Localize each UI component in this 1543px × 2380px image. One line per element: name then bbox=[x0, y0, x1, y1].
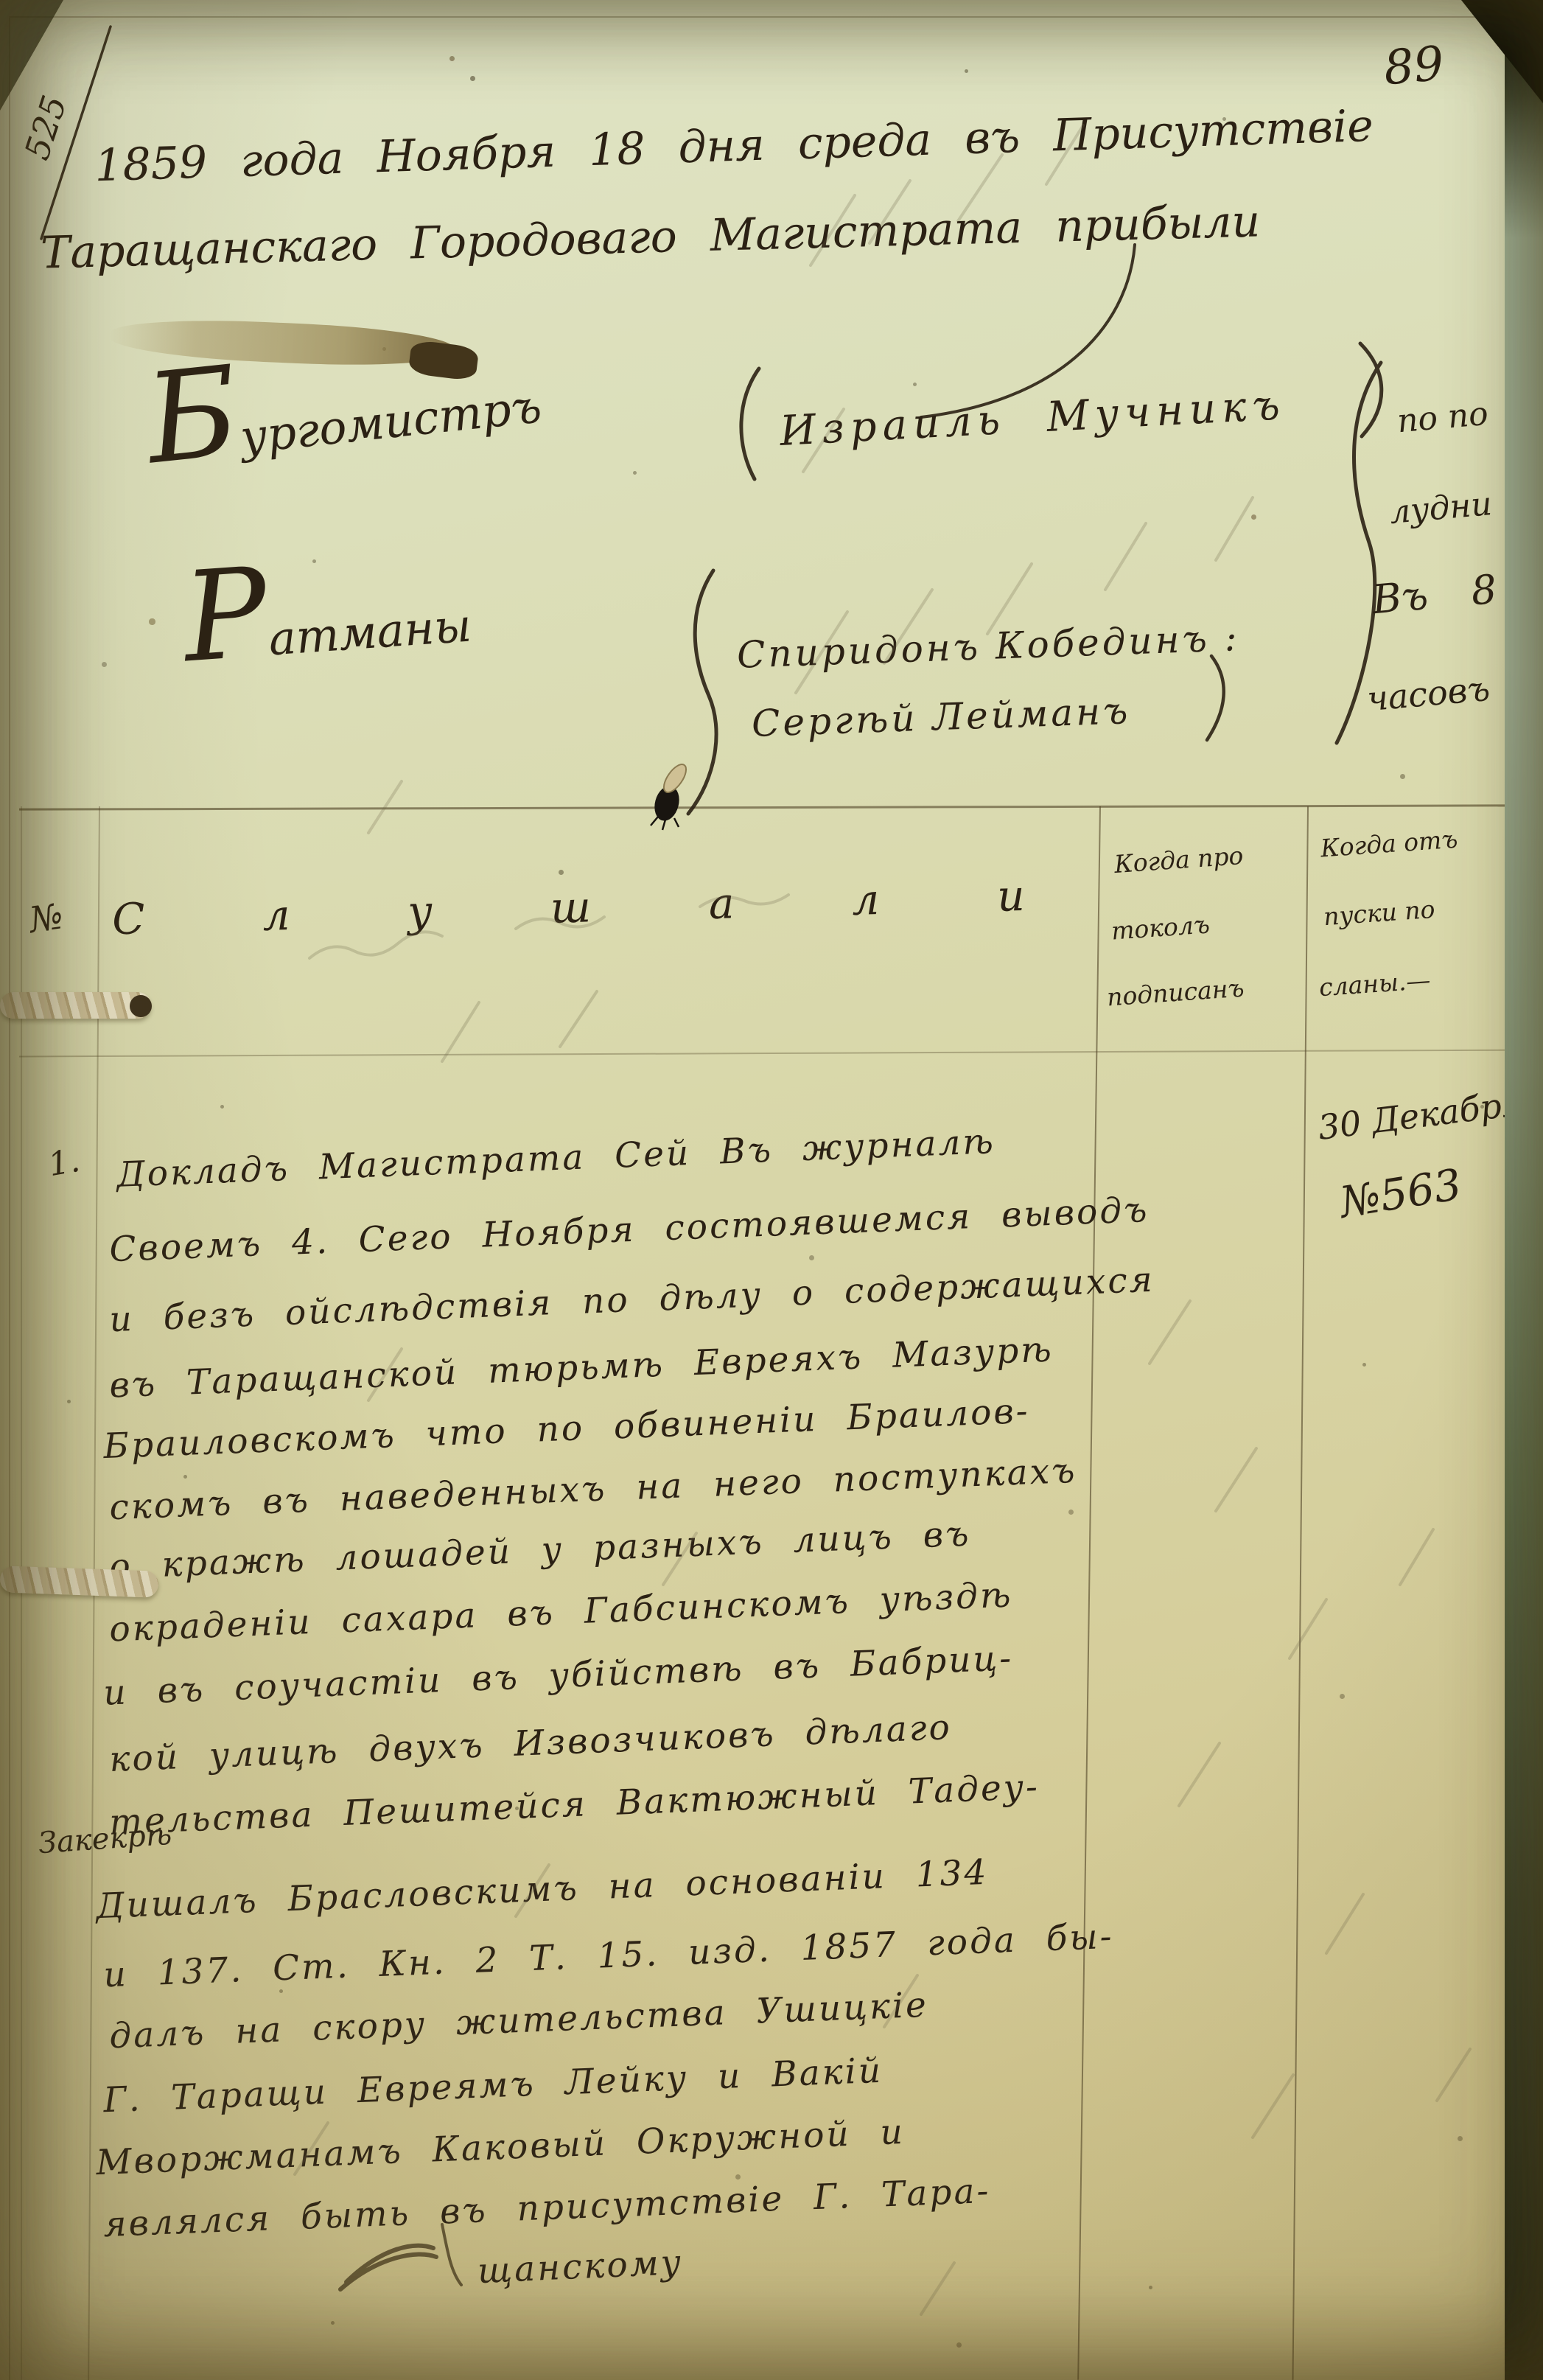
column-header-heard: Слушали bbox=[111, 871, 1143, 941]
folio-number: 89 bbox=[1382, 41, 1446, 93]
small-brace bbox=[1207, 656, 1224, 740]
resolution-number: №563 bbox=[1337, 1162, 1464, 1224]
fly-speck bbox=[651, 761, 690, 830]
binding-thread-1 bbox=[0, 992, 151, 1019]
binding-thread-2 bbox=[0, 1566, 159, 1597]
body-line: Докладъ Магистрата Сей Въ журналѣ bbox=[116, 1124, 996, 1193]
table-rule-left bbox=[21, 806, 22, 2380]
column-header-signed-line-1: Когда про bbox=[1113, 843, 1244, 876]
column-header-sent-line-2: пуски по bbox=[1323, 897, 1435, 929]
body-line: далъ на скору жительства Ушицкіе bbox=[109, 1988, 929, 2054]
bottom-scribble bbox=[340, 2246, 436, 2289]
column-header-number: № bbox=[27, 898, 66, 938]
session-time-line-3: Въ 8 bbox=[1371, 570, 1498, 621]
open-paren bbox=[741, 369, 759, 479]
session-time-line-1: по по bbox=[1396, 398, 1489, 439]
body-line: кой улицѣ двухъ Извозчиковъ дѣлаго bbox=[109, 1710, 953, 1777]
ratman-name-1: Спиридонъ Кобединъ : bbox=[736, 619, 1240, 674]
backdrop-right-edge bbox=[1505, 0, 1543, 2380]
body-line: Браиловскомъ что по обвиненіи Браилов- bbox=[103, 1394, 1031, 1464]
body-line: Мворжманамъ Каковый Окружной и bbox=[96, 2115, 906, 2180]
binding-thread-1-knot bbox=[130, 995, 152, 1017]
manuscript-page: 525 89 1859 года Ноября 18 дня среда въ … bbox=[0, 0, 1543, 2380]
table-rule-header-bottom bbox=[19, 1050, 1524, 1058]
burgomaster-name: Израиль Мучникъ bbox=[779, 385, 1287, 453]
ratman-name-2: Сергѣй Лейманъ bbox=[751, 692, 1131, 742]
column-header-signed-line-3: подписанъ bbox=[1106, 976, 1245, 1010]
top-border-rule bbox=[10, 16, 1496, 18]
inserted-word: Закекрѣ bbox=[38, 1820, 172, 1859]
entry-number: 1. bbox=[46, 1145, 82, 1182]
body-line: о кражѣ лошадей у разныхъ лицъ въ bbox=[109, 1517, 972, 1585]
body-line: окраденіи сахара въ Габсинскомъ уѣздѣ bbox=[109, 1577, 1014, 1647]
session-time-line-4: часовъ bbox=[1365, 671, 1491, 716]
body-line: и въ соучастіи въ убійствѣ въ Бабриц- bbox=[103, 1641, 1014, 1710]
body-line: въ Таращанской тюрьмѣ Евреяхъ Мазурѣ bbox=[109, 1332, 1054, 1403]
left-brace bbox=[688, 570, 716, 814]
archival-number: 525 bbox=[19, 91, 71, 164]
column-header-sent-line-3: сланы.— bbox=[1318, 968, 1431, 999]
session-time-line-2: лудни bbox=[1388, 488, 1493, 529]
body-line: Своемъ 4. Сего Ноября состоявшемся вывод… bbox=[109, 1193, 1150, 1267]
close-paren bbox=[1360, 343, 1382, 436]
left-border-rule bbox=[9, 16, 10, 2380]
header-line-1: 1859 года Ноября 18 дня среда въ Присутс… bbox=[94, 104, 1374, 189]
resolution-date: 30 Декабря bbox=[1316, 1086, 1525, 1145]
header-line-2: Таращанскаго Городоваго Магистрата прибы… bbox=[40, 199, 1260, 275]
body-line: Г. Таращи Евреямъ Лейку и Вакій bbox=[102, 2053, 883, 2118]
table-rule-sent-col bbox=[1292, 806, 1309, 2380]
body-line: тельства Пешитейся Вактюжный Тадеу- bbox=[109, 1770, 1040, 1840]
body-line: и безъ ойслѣдствія по дѣлу о содержащихс… bbox=[109, 1263, 1155, 1337]
table-rule-signed-col bbox=[1077, 806, 1101, 2380]
column-header-sent-line-1: Когда отъ bbox=[1320, 827, 1458, 861]
column-header-signed-line-2: токолъ bbox=[1110, 912, 1211, 943]
burgomaster-label: Бургомистръ bbox=[144, 352, 544, 470]
table-rule-top bbox=[19, 804, 1521, 810]
shadow-corner-top-left bbox=[0, 0, 63, 111]
ratmans-label: Ратманы bbox=[182, 571, 473, 669]
body-line: Дишалъ Брасловскимъ на основаніи 134 bbox=[96, 1855, 990, 1924]
body-line: являлся быть въ присутствіе Г. Тара- bbox=[103, 2174, 992, 2242]
bottom-stroke bbox=[442, 2224, 461, 2285]
hanging-word: щанскому bbox=[477, 2245, 684, 2289]
body-line: и 137. Ст. Кн. 2 Т. 15. изд. 1857 года б… bbox=[103, 1919, 1115, 1993]
